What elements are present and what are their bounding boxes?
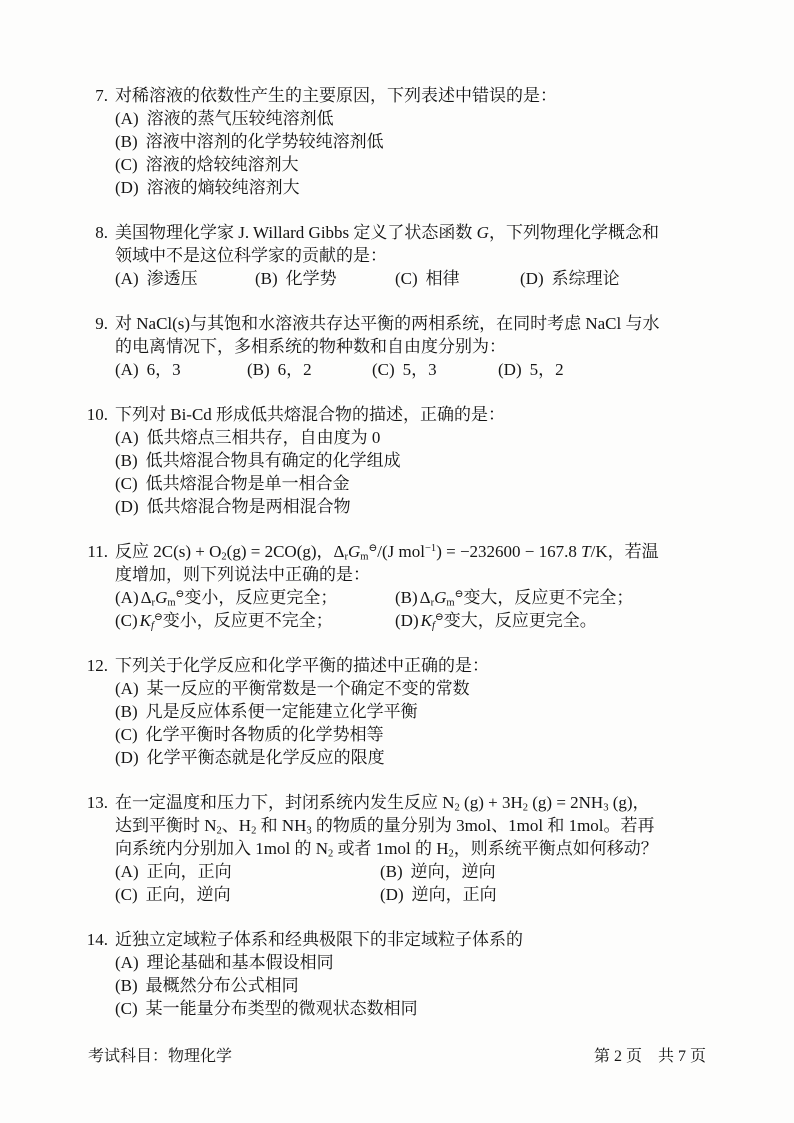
option-A: (A)某一反应的平衡常数是一个确定不变的常数 [115, 677, 719, 700]
footer-subject: 考试科目：物理化学 [88, 1046, 232, 1068]
exam-content: 7. 对稀溶液的依数性产生的主要原因，下列表述中错误的是： (A)溶液的蒸气压较… [115, 84, 719, 1042]
option-D: (D)系综理论 [520, 267, 620, 290]
option-text: 正向，逆向 [146, 885, 231, 904]
option-C: (C)5，3 [372, 358, 498, 381]
option-D: (D)低共熔混合物是两相混合物 [115, 495, 719, 518]
option-D: (D)Kf⊖变大，反应更完全。 [395, 609, 719, 632]
option-text: 渗透压 [147, 269, 198, 288]
option-C: (C)某一能量分布类型的微观状态数相同 [115, 997, 719, 1020]
question-8: 8. 美国物理化学家 J. Willard Gibbs 定义了状态函数 G，下列… [115, 221, 719, 290]
question-text: 对 NaCl(s)与其饱和水溶液共存达平衡的两相系统，在同时考虑 NaCl 与水 [115, 312, 719, 335]
option-D: (D)化学平衡态就是化学反应的限度 [115, 746, 719, 769]
option-C: (C)相律 [395, 267, 520, 290]
question-number: 12. [80, 654, 108, 677]
options: (A)某一反应的平衡常数是一个确定不变的常数 (B)凡是反应体系便一定能建立化学… [115, 677, 719, 769]
options: (A)低共熔点三相共存，自由度为 0 (B)低共熔混合物具有确定的化学组成 (C… [115, 426, 719, 518]
option-B: (B)ΔrGm⊖变大，反应更不完全； [395, 586, 719, 609]
option-text: 5，3 [403, 360, 437, 379]
option-D: (D)溶液的熵较纯溶剂大 [115, 176, 719, 199]
question-number: 8. [80, 221, 108, 244]
option-text: Kf⊖变小，反应更不完全； [140, 611, 333, 630]
option-text: 5，2 [530, 360, 564, 379]
option-text: ΔrGm⊖变大，反应更不完全； [420, 588, 634, 607]
question-14: 14. 近独立定域粒子体系和经典极限下的非定域粒子体系的 (A)理论基础和基本假… [115, 928, 719, 1020]
question-12: 12. 下列关于化学反应和化学平衡的描述中正确的是： (A)某一反应的平衡常数是… [115, 654, 719, 769]
option-A: (A)正向，正向 [115, 860, 380, 883]
question-number: 13. [80, 791, 108, 814]
question-text: 美国物理化学家 J. Willard Gibbs 定义了状态函数 G，下列物理化… [115, 221, 719, 244]
option-text: 化学平衡态就是化学反应的限度 [147, 748, 385, 767]
question-number: 10. [80, 403, 108, 426]
options: (A)ΔrGm⊖变小，反应更完全； (B)ΔrGm⊖变大，反应更不完全； (C)… [115, 586, 719, 632]
option-text: 低共熔混合物是单一相合金 [146, 474, 350, 493]
option-D: (D)逆向，正向 [380, 883, 719, 906]
option-text: 相律 [426, 269, 460, 288]
options: (A)渗透压 (B)化学势 (C)相律 (D)系综理论 [115, 267, 719, 290]
option-text: 凡是反应体系便一定能建立化学平衡 [146, 702, 418, 721]
option-text: 逆向，正向 [412, 885, 497, 904]
question-text: 向系统内分别加入 1mol 的 N2 或者 1mol 的 H2，则系统平衡点如何… [115, 837, 719, 860]
option-text: Kf⊖变大，反应更完全。 [421, 611, 597, 630]
question-text: 度增加，则下列说法中正确的是： [115, 563, 719, 586]
option-A: (A)渗透压 [115, 267, 255, 290]
exam-page: 7. 对稀溶液的依数性产生的主要原因，下列表述中错误的是： (A)溶液的蒸气压较… [0, 0, 794, 1123]
option-C: (C)化学平衡时各物质的化学势相等 [115, 723, 719, 746]
option-text: 低共熔混合物是两相混合物 [147, 497, 351, 516]
question-text: 达到平衡时 N2、H2 和 NH3 的物质的量分别为 3mol、1mol 和 1… [115, 814, 719, 837]
option-text: 低共熔点三相共存，自由度为 0 [147, 428, 381, 447]
option-B: (B)溶液中溶剂的化学势较纯溶剂低 [115, 130, 719, 153]
option-A: (A)理论基础和基本假设相同 [115, 951, 719, 974]
option-text: 溶液的焓较纯溶剂大 [146, 155, 299, 174]
option-text: 系综理论 [552, 269, 620, 288]
question-text: 反应 2C(s) + O2(g) = 2CO(g)，ΔrGm⊖/(J mol−1… [115, 540, 719, 563]
page-footer: 考试科目：物理化学 第 2 页 共 7 页 [88, 1046, 706, 1068]
option-text: 溶液的蒸气压较纯溶剂低 [147, 109, 334, 128]
options: (A)正向，正向 (B)逆向，逆向 (C)正向，逆向 (D)逆向，正向 [115, 860, 719, 906]
option-A: (A)6，3 [115, 358, 247, 381]
question-text: 对稀溶液的依数性产生的主要原因，下列表述中错误的是： [115, 84, 719, 107]
question-number: 14. [80, 928, 108, 951]
option-text: 理论基础和基本假设相同 [147, 953, 334, 972]
option-B: (B)凡是反应体系便一定能建立化学平衡 [115, 700, 719, 723]
option-text: 某一能量分布类型的微观状态数相同 [146, 999, 418, 1018]
option-text: 某一反应的平衡常数是一个确定不变的常数 [147, 679, 470, 698]
options: (A)6，3 (B)6，2 (C)5，3 (D)5，2 [115, 358, 719, 381]
question-9: 9. 对 NaCl(s)与其饱和水溶液共存达平衡的两相系统，在同时考虑 NaCl… [115, 312, 719, 381]
question-text: 下列关于化学反应和化学平衡的描述中正确的是： [115, 654, 719, 677]
option-text: ΔrGm⊖变小，反应更完全； [141, 588, 338, 607]
option-A: (A)低共熔点三相共存，自由度为 0 [115, 426, 719, 449]
option-text: 化学势 [286, 269, 337, 288]
option-B: (B)逆向，逆向 [380, 860, 719, 883]
question-number: 11. [80, 540, 108, 563]
question-number: 7. [80, 84, 108, 107]
option-text: 溶液中溶剂的化学势较纯溶剂低 [146, 132, 384, 151]
question-text: 下列对 Bi-Cd 形成低共熔混合物的描述，正确的是： [115, 403, 719, 426]
question-number: 9. [80, 312, 108, 335]
option-text: 6，2 [278, 360, 312, 379]
question-text: 近独立定域粒子体系和经典极限下的非定域粒子体系的 [115, 928, 719, 951]
question-text: 领域中不是这位科学家的贡献的是： [115, 244, 719, 267]
option-text: 化学平衡时各物质的化学势相等 [146, 725, 384, 744]
option-text: 低共熔混合物具有确定的化学组成 [146, 451, 401, 470]
question-text: 的电离情况下，多相系统的物种数和自由度分别为： [115, 335, 719, 358]
option-text: 正向，正向 [147, 862, 232, 881]
option-D: (D)5，2 [498, 358, 564, 381]
footer-page-number: 第 2 页 共 7 页 [594, 1046, 706, 1068]
question-10: 10. 下列对 Bi-Cd 形成低共熔混合物的描述，正确的是： (A)低共熔点三… [115, 403, 719, 518]
options: (A)溶液的蒸气压较纯溶剂低 (B)溶液中溶剂的化学势较纯溶剂低 (C)溶液的焓… [115, 107, 719, 199]
option-A: (A)溶液的蒸气压较纯溶剂低 [115, 107, 719, 130]
option-A: (A)ΔrGm⊖变小，反应更完全； [115, 586, 395, 609]
option-text: 最概然分布公式相同 [146, 976, 299, 995]
question-11: 11. 反应 2C(s) + O2(g) = 2CO(g)，ΔrGm⊖/(J m… [115, 540, 719, 632]
option-C: (C)溶液的焓较纯溶剂大 [115, 153, 719, 176]
option-B: (B)低共熔混合物具有确定的化学组成 [115, 449, 719, 472]
option-C: (C)低共熔混合物是单一相合金 [115, 472, 719, 495]
option-B: (B)6，2 [247, 358, 372, 381]
option-text: 逆向，逆向 [411, 862, 496, 881]
option-B: (B)化学势 [255, 267, 395, 290]
question-7: 7. 对稀溶液的依数性产生的主要原因，下列表述中错误的是： (A)溶液的蒸气压较… [115, 84, 719, 199]
option-C: (C)正向，逆向 [115, 883, 380, 906]
option-C: (C)Kf⊖变小，反应更不完全； [115, 609, 395, 632]
option-B: (B)最概然分布公式相同 [115, 974, 719, 997]
question-text: 在一定温度和压力下，封闭系统内发生反应 N2 (g) + 3H2 (g) = 2… [115, 791, 719, 814]
options: (A)理论基础和基本假设相同 (B)最概然分布公式相同 (C)某一能量分布类型的… [115, 951, 719, 1020]
option-text: 溶液的熵较纯溶剂大 [147, 178, 300, 197]
option-text: 6，3 [147, 360, 181, 379]
question-13: 13. 在一定温度和压力下，封闭系统内发生反应 N2 (g) + 3H2 (g)… [115, 791, 719, 906]
